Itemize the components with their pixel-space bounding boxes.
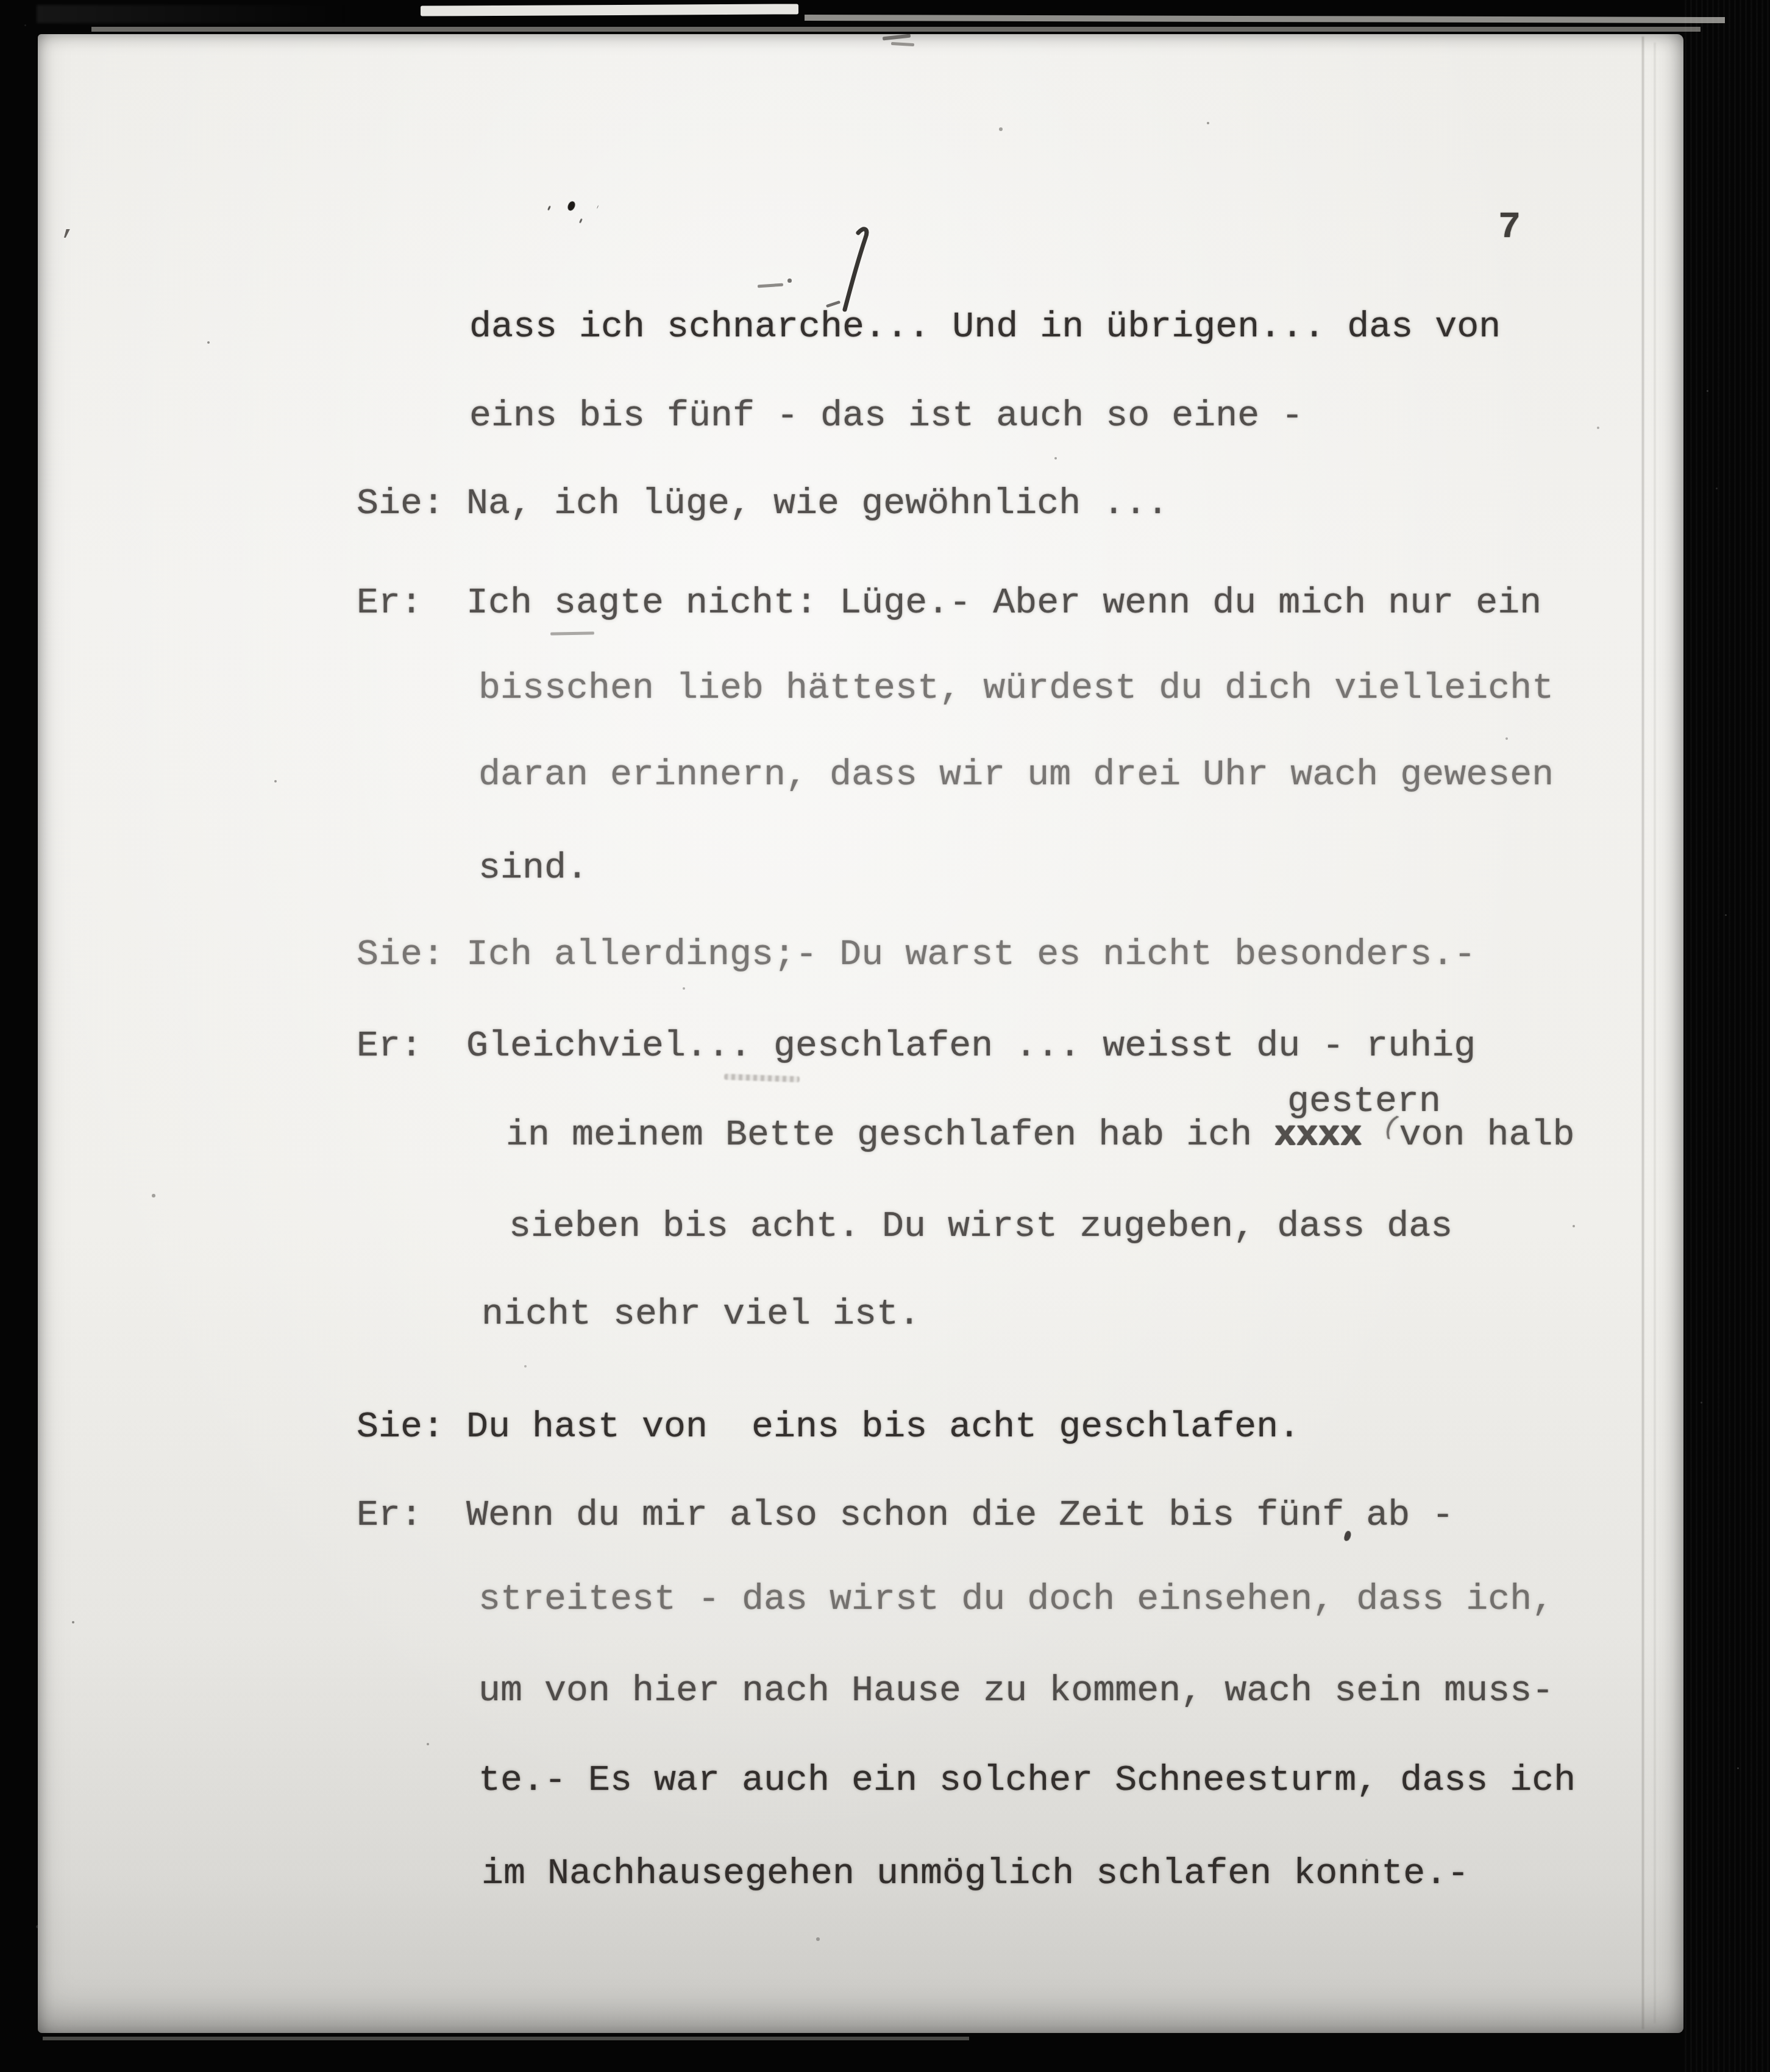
overstrike-segment: xxxx <box>1274 1115 1362 1156</box>
typed-text: um von hier nach Hause zu kommen, wach s… <box>478 1670 1554 1712</box>
typed-line: sind. <box>478 850 588 887</box>
typed-text: eins bis fünf - das ist auch so eine - <box>469 396 1303 437</box>
typed-text: Sie: Du hast von eins bis acht geschlafe… <box>357 1407 1300 1448</box>
typed-line: nicht sehr viel ist. <box>482 1296 920 1333</box>
typed-line: eins bis fünf - das ist auch so eine - <box>469 398 1303 435</box>
typed-text: im Nachhausegehen unmöglich schlafen kon… <box>482 1853 1469 1895</box>
typed-line: daran erinnern, dass wir um drei Uhr wac… <box>478 757 1554 793</box>
typed-text: dass ich schnarche... Und in übrigen... … <box>469 307 1501 348</box>
typed-text: nicht sehr viel ist. <box>482 1294 920 1335</box>
stray-ink-dot <box>787 279 792 283</box>
typed-text: von halb <box>1399 1115 1574 1156</box>
typed-text: te.- Es war auch ein solcher Schneesturm… <box>478 1760 1576 1801</box>
typed-text: Er: Ich sagte nicht: Lüge.- Aber wenn du… <box>357 583 1541 624</box>
typed-line: dass ich schnarche... Und in übrigen... … <box>469 309 1501 346</box>
typed-line: Er: Gleichviel... geschlafen ... weisst … <box>357 1028 1476 1065</box>
typed-text: sieben bis acht. Du wirst zugeben, dass … <box>509 1206 1452 1247</box>
typed-text: sind. <box>478 848 588 889</box>
typed-line: bisschen lieb hättest, würdest du dich v… <box>478 670 1554 707</box>
scanned-typescript-page: 7 dass ich schnarche... Und in übrigen..… <box>0 0 1770 2072</box>
typed-line: te.- Es war auch ein solcher Schneesturm… <box>478 1762 1576 1799</box>
paper-dust-specks <box>207 341 210 344</box>
typed-text: in meinem Bette geschlafen hab ich <box>506 1115 1274 1156</box>
typed-text: Er: Wenn du mir also schon die Zeit bis … <box>357 1495 1454 1536</box>
typed-line: sieben bis acht. Du wirst zugeben, dass … <box>509 1208 1452 1245</box>
typed-line: Er: Wenn du mir also schon die Zeit bis … <box>357 1497 1454 1534</box>
typed-line: Sie: Na, ich lüge, wie gewöhnlich ... <box>357 486 1168 522</box>
typed-line: in meinem Bette geschlafen hab ich xxxx … <box>506 1117 1575 1156</box>
typed-text: daran erinnern, dass wir um drei Uhr wac… <box>478 754 1554 796</box>
typed-line: um von hier nach Hause zu kommen, wach s… <box>478 1673 1554 1709</box>
typed-line: Er: Ich sagte nicht: Lüge.- Aber wenn du… <box>357 585 1541 622</box>
typed-text: bisschen lieb hättest, würdest du dich v… <box>478 668 1554 709</box>
typed-text: Er: Gleichviel... geschlafen ... weisst … <box>357 1026 1476 1067</box>
typed-text: Sie: Ich allerdings;- Du warst es nicht … <box>357 934 1476 976</box>
typed-text: Sie: Na, ich lüge, wie gewöhnlich ... <box>357 483 1168 525</box>
margin-apostrophe-mark: ’ <box>59 227 76 258</box>
handwritten-slash-mark <box>823 223 890 327</box>
typed-line: im Nachhausegehen unmöglich schlafen kon… <box>482 1856 1469 1892</box>
typed-line: Sie: Ich allerdings;- Du warst es nicht … <box>357 937 1476 973</box>
typed-text: streitest - das wirst du doch einsehen, … <box>478 1579 1554 1620</box>
typed-line: Sie: Du hast von eins bis acht geschlafe… <box>357 1409 1300 1446</box>
typed-line: streitest - das wirst du doch einsehen, … <box>478 1581 1554 1618</box>
